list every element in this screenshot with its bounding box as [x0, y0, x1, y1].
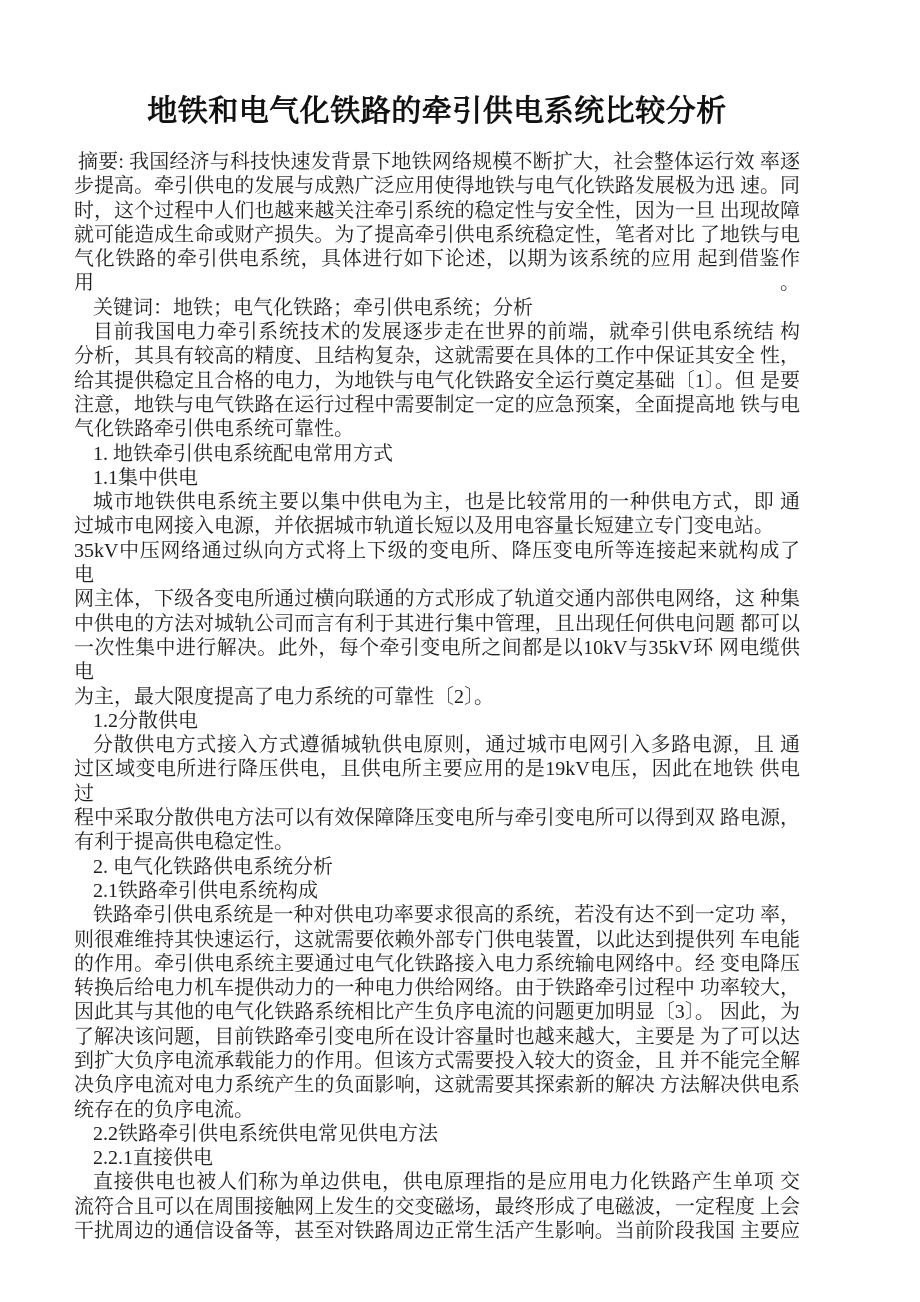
text-line: 注意，地铁与电气铁路在运行过程中需要制定一定的应急预案，全面提高地 铁与电: [74, 393, 800, 417]
document-body: 摘要: 我国经济与科技快速发背景下地铁网络规模不断扩大，社会整体运行效 率逐步提…: [74, 150, 800, 1243]
text-line: 转换后给电力机车提供动力的一种电力供给网络。由于铁路牵引过程中 功率较大，: [74, 976, 800, 1000]
text-line: 城市地铁供电系统主要以集中供电为主，也是比较常用的一种供电方式，即 通: [74, 490, 800, 514]
text-line: 则很难维持其快速运行，这就需要依赖外部专门供电装置，以此达到提供列 车电能: [74, 928, 800, 952]
text-line: 有利于提高供电稳定性。: [74, 830, 800, 854]
document-page: 地铁和电气化铁路的牵引供电系统比较分析 摘要: 我国经济与科技快速发背景下地铁网…: [0, 0, 920, 1302]
text-line: 决负序电流对电力系统产生的负面影响，这就需要其探索新的解决 方法解决供电系: [74, 1073, 800, 1097]
text-line: 因此其与其他的电气化铁路系统相比产生负序电流的问题更加明显〔3〕。 因此，为: [74, 1000, 800, 1024]
text-line: 目前我国电力牵引系统技术的发展逐步走在世界的前端，就牵引供电系统结 构: [74, 320, 800, 344]
text-line: 过区域变电所进行降压供电，且供电所主要应用的是19kV电压，因此在地铁 供电过: [74, 757, 800, 806]
text-line: 2.2.1直接供电: [74, 1146, 800, 1170]
text-line: 网主体，下级各变电所通过横向联通的方式形成了轨道交通内部供电网络，这 种集: [74, 587, 800, 611]
document-title: 地铁和电气化铁路的牵引供电系统比较分析: [74, 90, 800, 134]
text-line: 2.1铁路牵引供电系统构成: [74, 879, 800, 903]
text-line: 1.2分散供电: [74, 709, 800, 733]
text-line: 干扰周边的通信设备等，甚至对铁路周边正常生活产生影响。当前阶段我国 主要应: [74, 1219, 800, 1243]
text-line: 1.1集中供电: [74, 466, 800, 490]
text-line: 2. 电气化铁路供电系统分析: [74, 855, 800, 879]
text-line: 统存在的负序电流。: [74, 1098, 800, 1122]
text-line: 一次性集中进行解决。此外，每个牵引变电所之间都是以10kV与35kV环 网电缆供…: [74, 636, 800, 685]
text-line: 气化铁路牵引供电系统可靠性。: [74, 417, 800, 441]
text-line: 了解决该问题，目前铁路牵引变电所在设计容量时也越来越大，主要是 为了可以达: [74, 1025, 800, 1049]
text-line: 1. 地铁牵引供电系统配电常用方式: [74, 442, 800, 466]
text-line: 的作用。牵引供电系统主要通过电气化铁路接入电力系统输电网络中。经 变电降压: [74, 952, 800, 976]
text-line: 就可能造成生命或财产损失。为了提高牵引供电系统稳定性，笔者对比 了地铁与电: [74, 223, 800, 247]
text-line: 关键词：地铁；电气化铁路；牵引供电系统；分析: [74, 296, 800, 320]
text-line: 过城市电网接入电源，并依据城市轨道长短以及用电容量长短建立专门变电站。: [74, 514, 800, 538]
text-line: 35kV中压网络通过纵向方式将上下级的变电所、降压变电所等连接起来就构成了 电: [74, 539, 800, 588]
text-line: 流符合且可以在周围接触网上发生的交变磁场，最终形成了电磁波，一定程度 上会: [74, 1195, 800, 1219]
text-line: 时，这个过程中人们也越来越关注牵引系统的稳定性与安全性，因为一旦 出现故障: [74, 199, 800, 223]
text-line: 程中采取分散供电方法可以有效保障降压变电所与牵引变电所可以得到双 路电源，: [74, 806, 800, 830]
text-line: 分散供电方式接入方式遵循城轨供电原则，通过城市电网引入多路电源，且 通: [74, 733, 800, 757]
text-line: 分析，其具有较高的精度、且结构复杂，这就需要在具体的工作中保证其安全 性，: [74, 344, 800, 368]
text-line: 中供电的方法对城轨公司而言有利于其进行集中管理，且出现任何供电问题 都可以: [74, 612, 800, 636]
text-line: 为主，最大限度提高了电力系统的可靠性〔2〕。: [74, 685, 800, 709]
text-line: 2.2铁路牵引供电系统供电常见供电方法: [74, 1122, 800, 1146]
text-line: 铁路牵引供电系统是一种对供电功率要求很高的系统，若没有达不到一定功 率，: [74, 903, 800, 927]
text-line: 给其提供稳定且合格的电力，为地铁与电气化铁路安全运行奠定基础〔1〕。但 是要: [74, 369, 800, 393]
text-line: 步提高。牵引供电的发展与成熟广泛应用使得地铁与电气化铁路发展极为迅 速。同: [74, 174, 800, 198]
text-line: 摘要: 我国经济与科技快速发背景下地铁网络规模不断扩大，社会整体运行效 率逐: [74, 150, 800, 174]
text-line: 直接供电也被人们称为单边供电，供电原理指的是应用电力化铁路产生单项 交: [74, 1170, 800, 1194]
text-line: 气化铁路的牵引供电系统，具体进行如下论述，以期为该系统的应用 起到借鉴作用。: [74, 247, 800, 296]
text-line: 到扩大负序电流承载能力的作用。但该方式需要投入较大的资金，且 并不能完全解: [74, 1049, 800, 1073]
